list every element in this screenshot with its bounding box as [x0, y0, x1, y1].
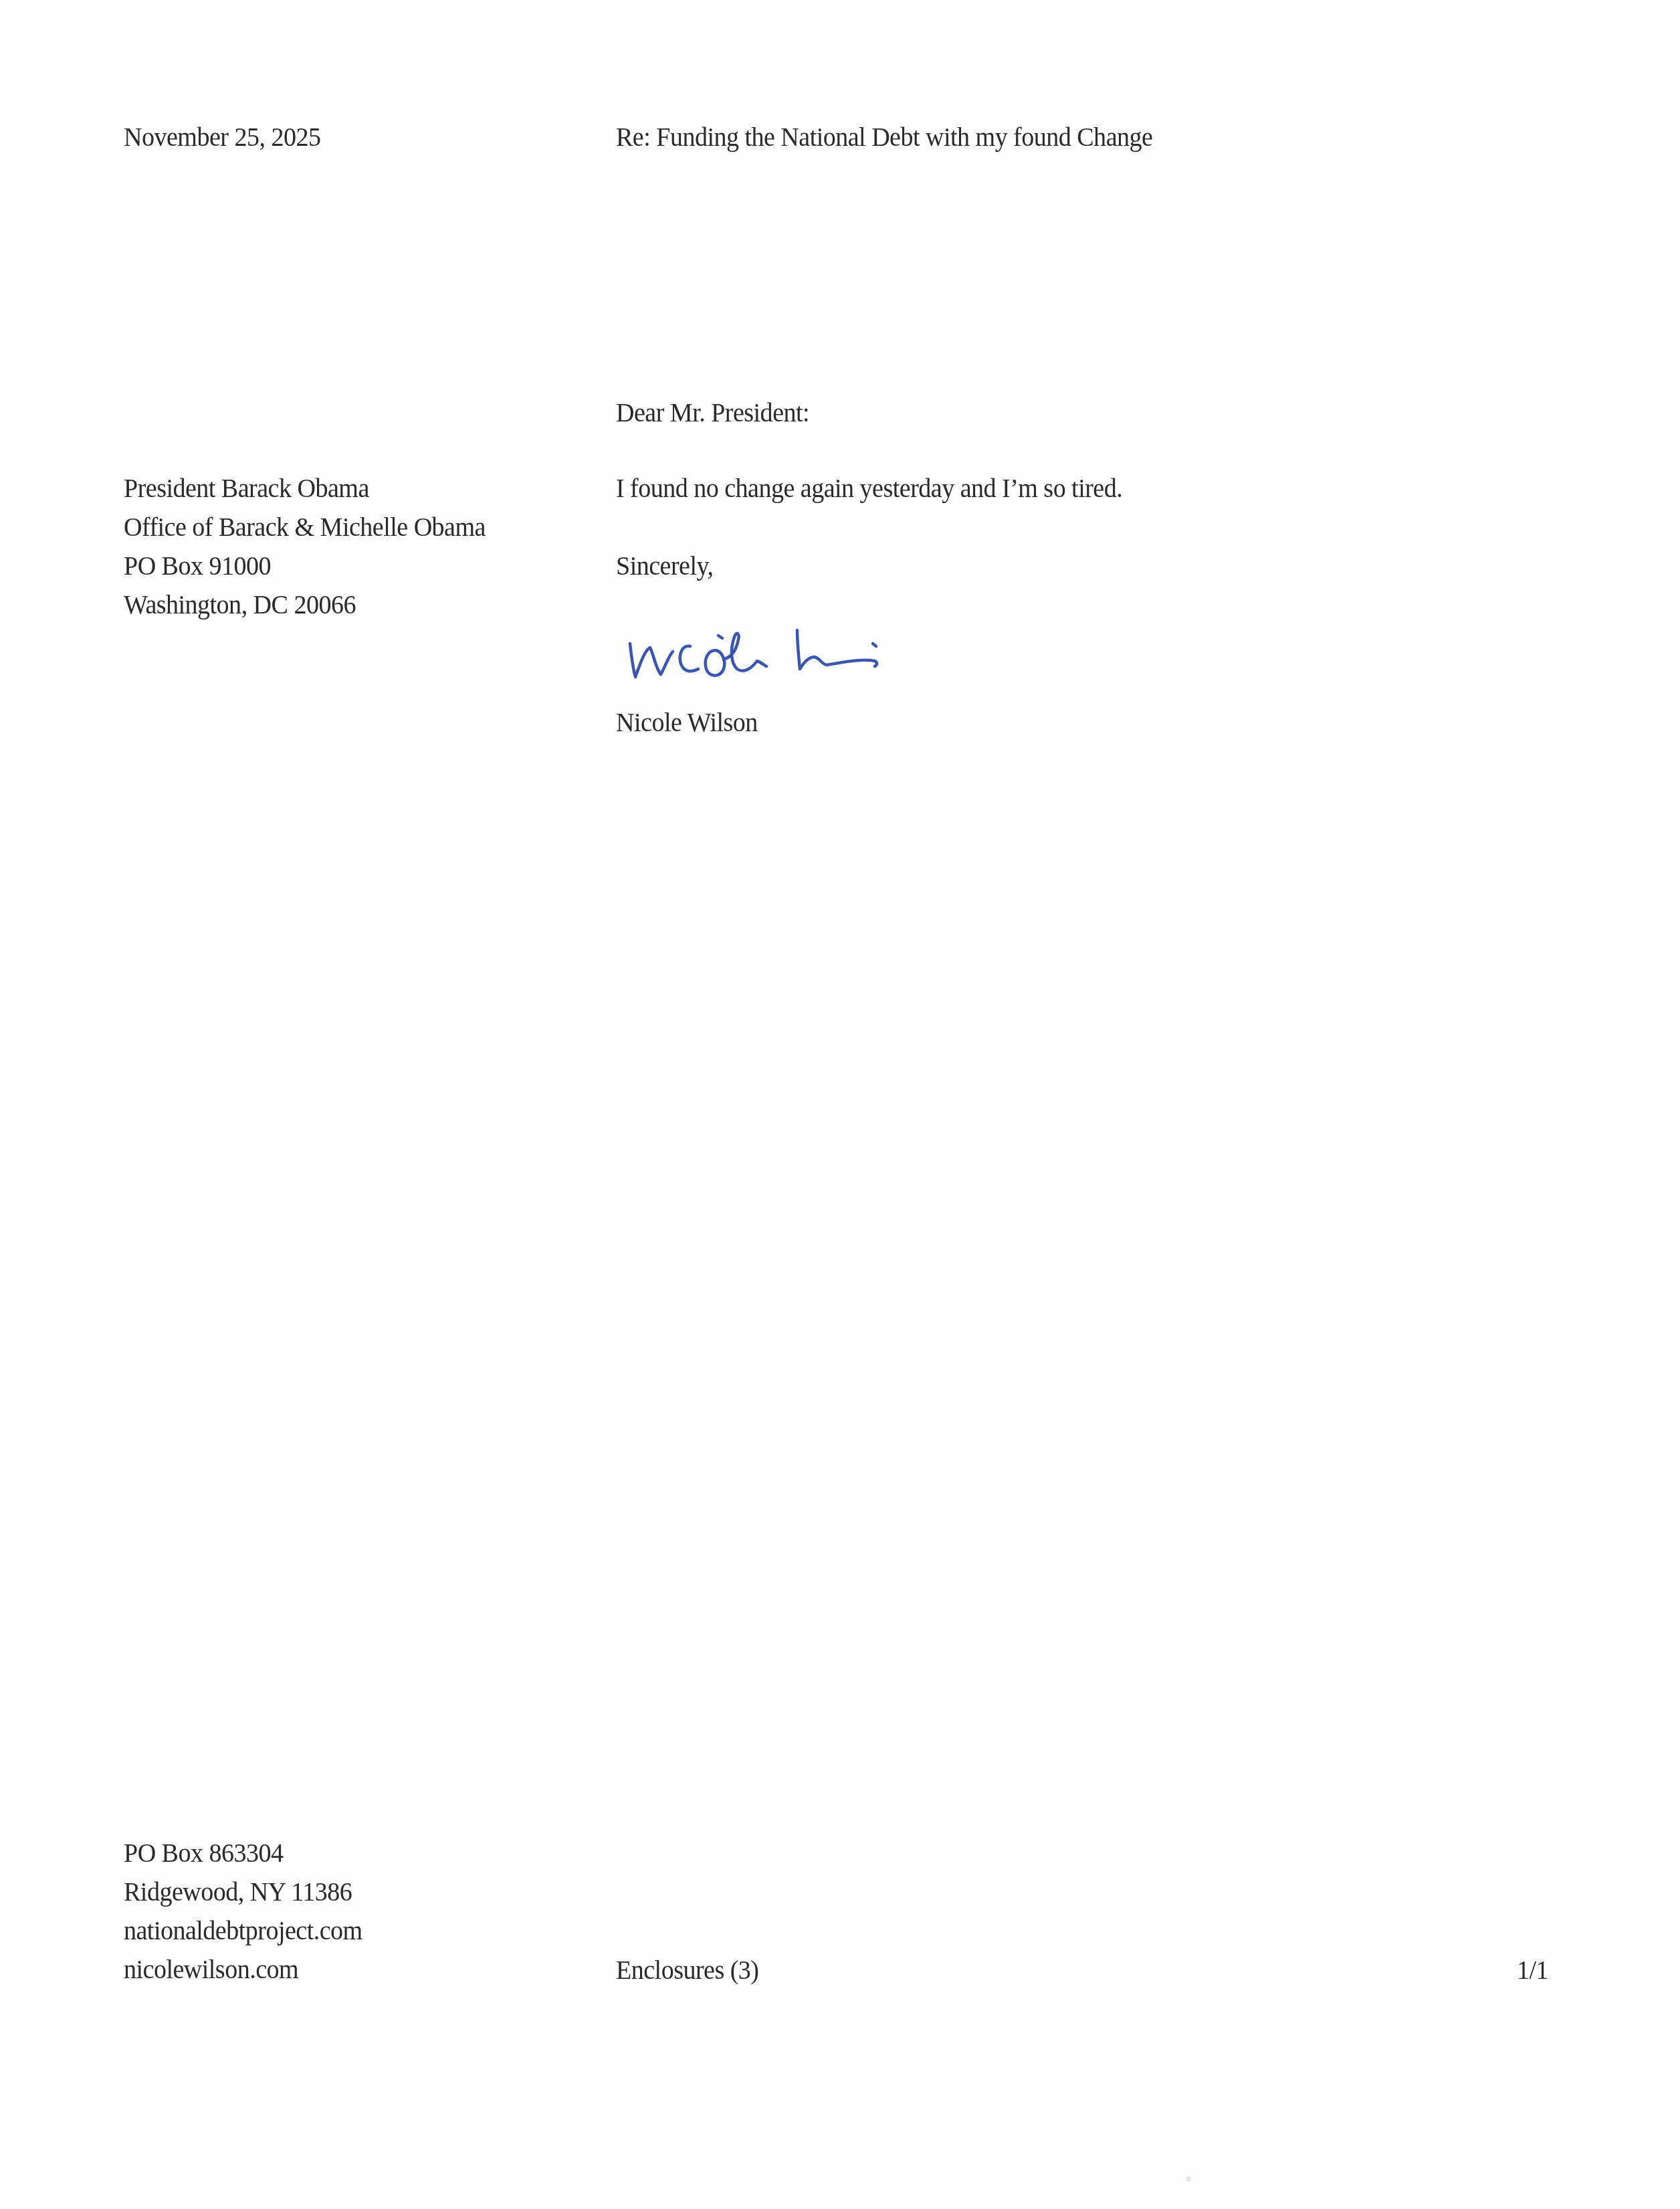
recipient-address: President Barack Obama Office of Barack …: [124, 468, 486, 623]
recipient-name: President Barack Obama: [124, 468, 486, 507]
recipient-po-box: PO Box 91000: [124, 546, 486, 585]
closing: Sincerely,: [616, 546, 713, 585]
sender-website-personal: nicolewilson.com: [124, 1949, 362, 1988]
letter-date: November 25, 2025: [124, 117, 320, 156]
recipient-office: Office of Barack & Michelle Obama: [124, 507, 486, 546]
sender-address: PO Box 863304 Ridgewood, NY 11386 nation…: [124, 1833, 362, 1988]
sender-city: Ridgewood, NY 11386: [124, 1872, 362, 1911]
enclosures-note: Enclosures (3): [616, 1950, 758, 1989]
letter-page: November 25, 2025 Re: Funding the Nation…: [0, 0, 1680, 2209]
scan-speck: [1186, 2176, 1191, 2182]
subject-line: Re: Funding the National Debt with my fo…: [616, 117, 1152, 156]
page-number: 1/1: [1517, 1950, 1548, 1989]
sender-website-project: nationaldebtproject.com: [124, 1911, 362, 1949]
signer-name: Nicole Wilson: [616, 702, 758, 741]
handwritten-signature: [615, 615, 896, 689]
letter-body: I found no change again yesterday and I’…: [616, 468, 1122, 507]
recipient-city: Washington, DC 20066: [124, 585, 486, 623]
salutation: Dear Mr. President:: [616, 393, 809, 431]
sender-po-box: PO Box 863304: [124, 1833, 362, 1872]
